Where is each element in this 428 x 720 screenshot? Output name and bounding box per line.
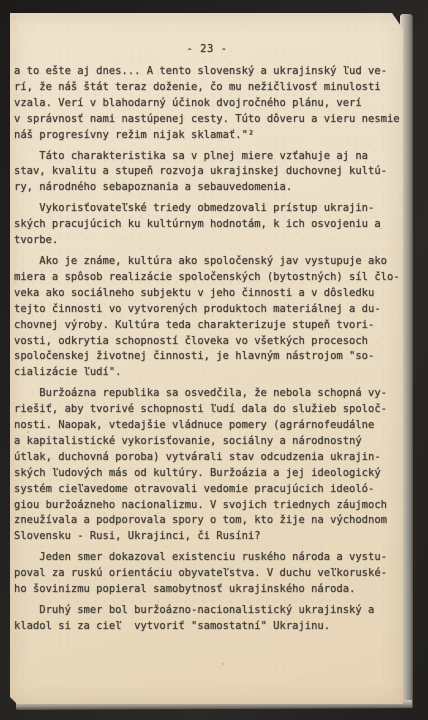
text-line: poval za ruskú orientáciu obyvateľstva. … [14, 566, 400, 582]
text-line: ských ľudových más od kultúry. Buržoázia… [14, 466, 400, 482]
scanned-book-photo: - 23 - a to ešte aj dnes... A tento slov… [0, 0, 428, 720]
text-line: ry, národného sebapoznania a sebauvedome… [14, 180, 400, 196]
text-line: veka ako sociálneho subjektu v jeho činn… [14, 286, 400, 302]
text-line: kladol si za cieľ vytvoriť "samostatní" … [14, 619, 400, 635]
text-line: v správnosť nami nastúpenej cesty. Túto … [14, 112, 400, 128]
paper-speckle [222, 663, 224, 665]
page-body: a to ešte aj dnes... A tento slovenský a… [14, 64, 400, 635]
text-line: zneužívala a podporovala spory o tom, kt… [14, 513, 400, 529]
paragraph: Druhý smer bol buržoázno-nacionalistický… [14, 603, 400, 635]
text-line: a to ešte aj dnes... A tento slovenský a… [14, 64, 400, 80]
text-line: Vykorisťovateľské triedy obmedzovali prí… [14, 201, 400, 217]
text-line: miera a spôsob realizácie spoločenských … [14, 270, 400, 286]
text-line: Buržoázna republika sa osvedčila, že neb… [14, 386, 400, 402]
text-line: riešiť, aby tvorivé schopnosti ľudí dala… [14, 402, 400, 418]
paragraph: a to ešte aj dnes... A tento slovenský a… [14, 64, 400, 144]
text-line: nosti. Naopak, vtedajšie vládnuce pomery… [14, 418, 400, 434]
page-number: - 23 - [14, 41, 400, 57]
text-line: a kapitalistické vykorisťovanie, sociáln… [14, 434, 400, 450]
paragraph: Ako je známe, kultúra ako spoločenský ja… [14, 254, 400, 381]
text-line: cializácie ľudí". [14, 365, 400, 381]
text-column: - 23 - a to ešte aj dnes... A tento slov… [14, 13, 400, 635]
paragraph: Táto charakteristika sa v plnej miere vz… [14, 149, 400, 197]
text-line: náš progresívny režim nijak sklamať."² [14, 128, 400, 144]
text-line: spoločenskej životnej činnosti, je hlavn… [14, 349, 400, 365]
paragraph: Buržoázna republika sa osvedčila, že neb… [14, 386, 400, 545]
paragraph: Vykorisťovateľské triedy obmedzovali prí… [14, 201, 400, 249]
text-line: vzala. Verí v blahodarný účinok dvojročn… [14, 96, 400, 112]
text-line: rí, že náš štát teraz doženie, čo mu než… [14, 80, 400, 96]
text-line: Slovensku - Rusi, Ukrajinci, či Rusíni? [14, 529, 400, 545]
text-line: tejto činnosti vo vytvorených produktoch… [14, 302, 400, 318]
text-line: giou buržoázneho nacionalizmu. V svojich… [14, 498, 400, 514]
text-line: útlak, duchovná poroba) vytvárali stav o… [14, 450, 400, 466]
text-line: Druhý smer bol buržoázno-nacionalistický… [14, 603, 400, 619]
text-line: tvorbe. [14, 233, 400, 249]
text-line: stav, kvalitu a stupeň rozvoja ukrajinsk… [14, 164, 400, 180]
text-line: Táto charakteristika sa v plnej miere vz… [14, 149, 400, 165]
document-page: - 23 - a to ešte aj dnes... A tento slov… [10, 13, 403, 704]
text-line: systém cieľavedome otravovali vedomie pr… [14, 482, 400, 498]
paragraph: Jeden smer dokazoval existenciu ruského … [14, 550, 400, 598]
text-line: vosti, odkrytia schopností človeka vo vš… [14, 334, 400, 350]
text-line: Jeden smer dokazoval existenciu ruského … [14, 550, 400, 566]
text-line: ských pracujúcich ku kultúrnym hodnotám,… [14, 217, 400, 233]
text-line: Ako je známe, kultúra ako spoločenský ja… [14, 254, 400, 270]
text-line: ho šovinizmu popieral samobytnosť ukraji… [14, 582, 400, 598]
text-line: chovnej výroby. Kultúra teda charakteriz… [14, 318, 400, 334]
